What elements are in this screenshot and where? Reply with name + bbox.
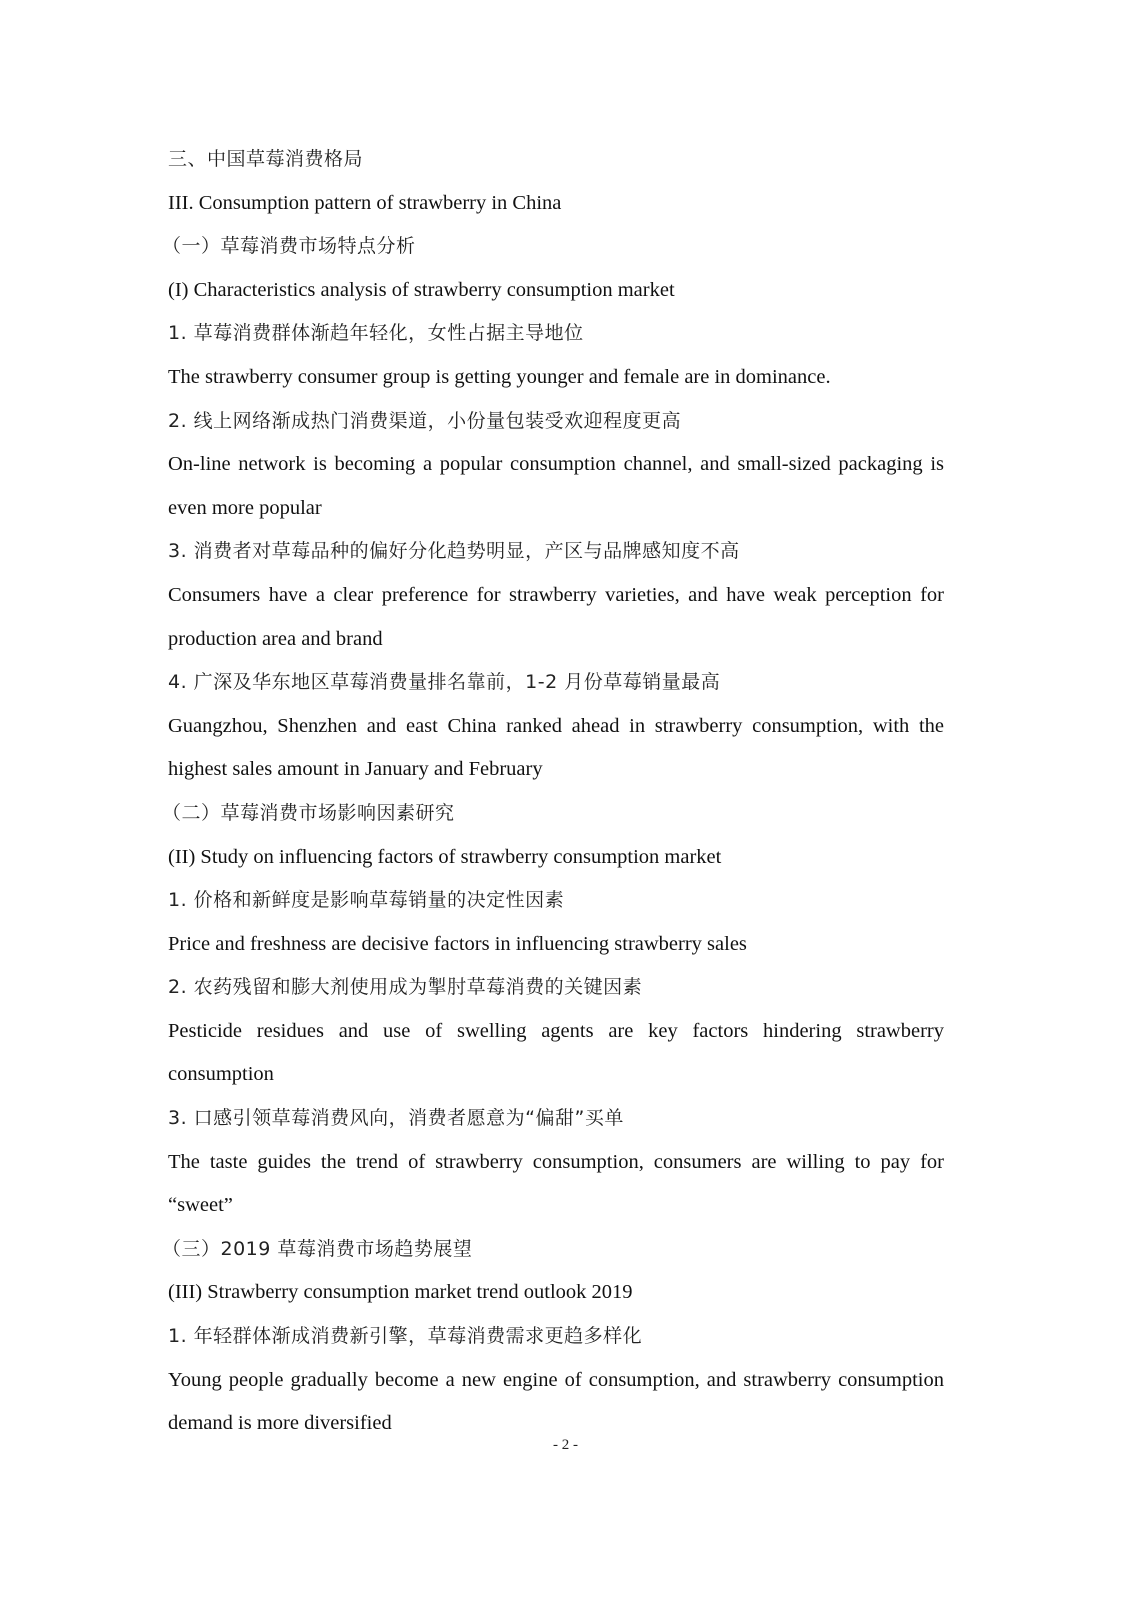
subsection-3-item-1-cn: 1. 年轻群体渐成消费新引擎，草莓消费需求更趋多样化 <box>168 1315 944 1359</box>
subsection-1-item-2-en: On-line network is becoming a popular co… <box>168 443 944 530</box>
subsection-1-item-4-en: Guangzhou, Shenzhen and east China ranke… <box>168 705 944 792</box>
subsection-2-item-2-cn: 2. 农药残留和膨大剂使用成为掣肘草莓消费的关键因素 <box>168 966 944 1010</box>
subsection-1-item-3-en: Consumers have a clear preference for st… <box>168 574 944 661</box>
subsection-3-item-1-en: Young people gradually become a new engi… <box>168 1359 944 1446</box>
subsection-3-heading-en: (III) Strawberry consumption market tren… <box>168 1271 944 1315</box>
section-heading-cn: 三、中国草莓消费格局 <box>168 138 944 182</box>
subsection-1-item-3-cn: 3. 消费者对草莓品种的偏好分化趋势明显，产区与品牌感知度不高 <box>168 530 944 574</box>
subsection-1-heading-cn: （一）草莓消费市场特点分析 <box>162 225 944 269</box>
document-page: 三、中国草莓消费格局 III. Consumption pattern of s… <box>168 138 944 1446</box>
section-heading-en: III. Consumption pattern of strawberry i… <box>168 182 944 226</box>
subsection-2-item-3-en: The taste guides the trend of strawberry… <box>168 1141 944 1228</box>
subsection-1-item-2-cn: 2. 线上网络渐成热门消费渠道，小份量包装受欢迎程度更高 <box>168 400 944 444</box>
subsection-1-item-1-cn: 1. 草莓消费群体渐趋年轻化，女性占据主导地位 <box>168 312 944 356</box>
subsection-2-item-1-en: Price and freshness are decisive factors… <box>168 923 944 967</box>
subsection-2-heading-en: (II) Study on influencing factors of str… <box>168 836 944 880</box>
subsection-2-item-1-cn: 1. 价格和新鲜度是影响草莓销量的决定性因素 <box>168 879 944 923</box>
subsection-2-item-2-en: Pesticide residues and use of swelling a… <box>168 1010 944 1097</box>
subsection-2-item-3-cn: 3. 口感引领草莓消费风向，消费者愿意为“偏甜”买单 <box>168 1097 944 1141</box>
subsection-3-heading-cn: （三）2019 草莓消费市场趋势展望 <box>162 1228 944 1272</box>
subsection-1-item-1-en: The strawberry consumer group is getting… <box>168 356 944 400</box>
page-number: - 2 - <box>0 1437 1131 1454</box>
subsection-2-heading-cn: （二）草莓消费市场影响因素研究 <box>162 792 944 836</box>
subsection-1-item-4-cn: 4. 广深及华东地区草莓消费量排名靠前，1-2 月份草莓销量最高 <box>168 661 944 705</box>
subsection-1-heading-en: (I) Characteristics analysis of strawber… <box>168 269 944 313</box>
